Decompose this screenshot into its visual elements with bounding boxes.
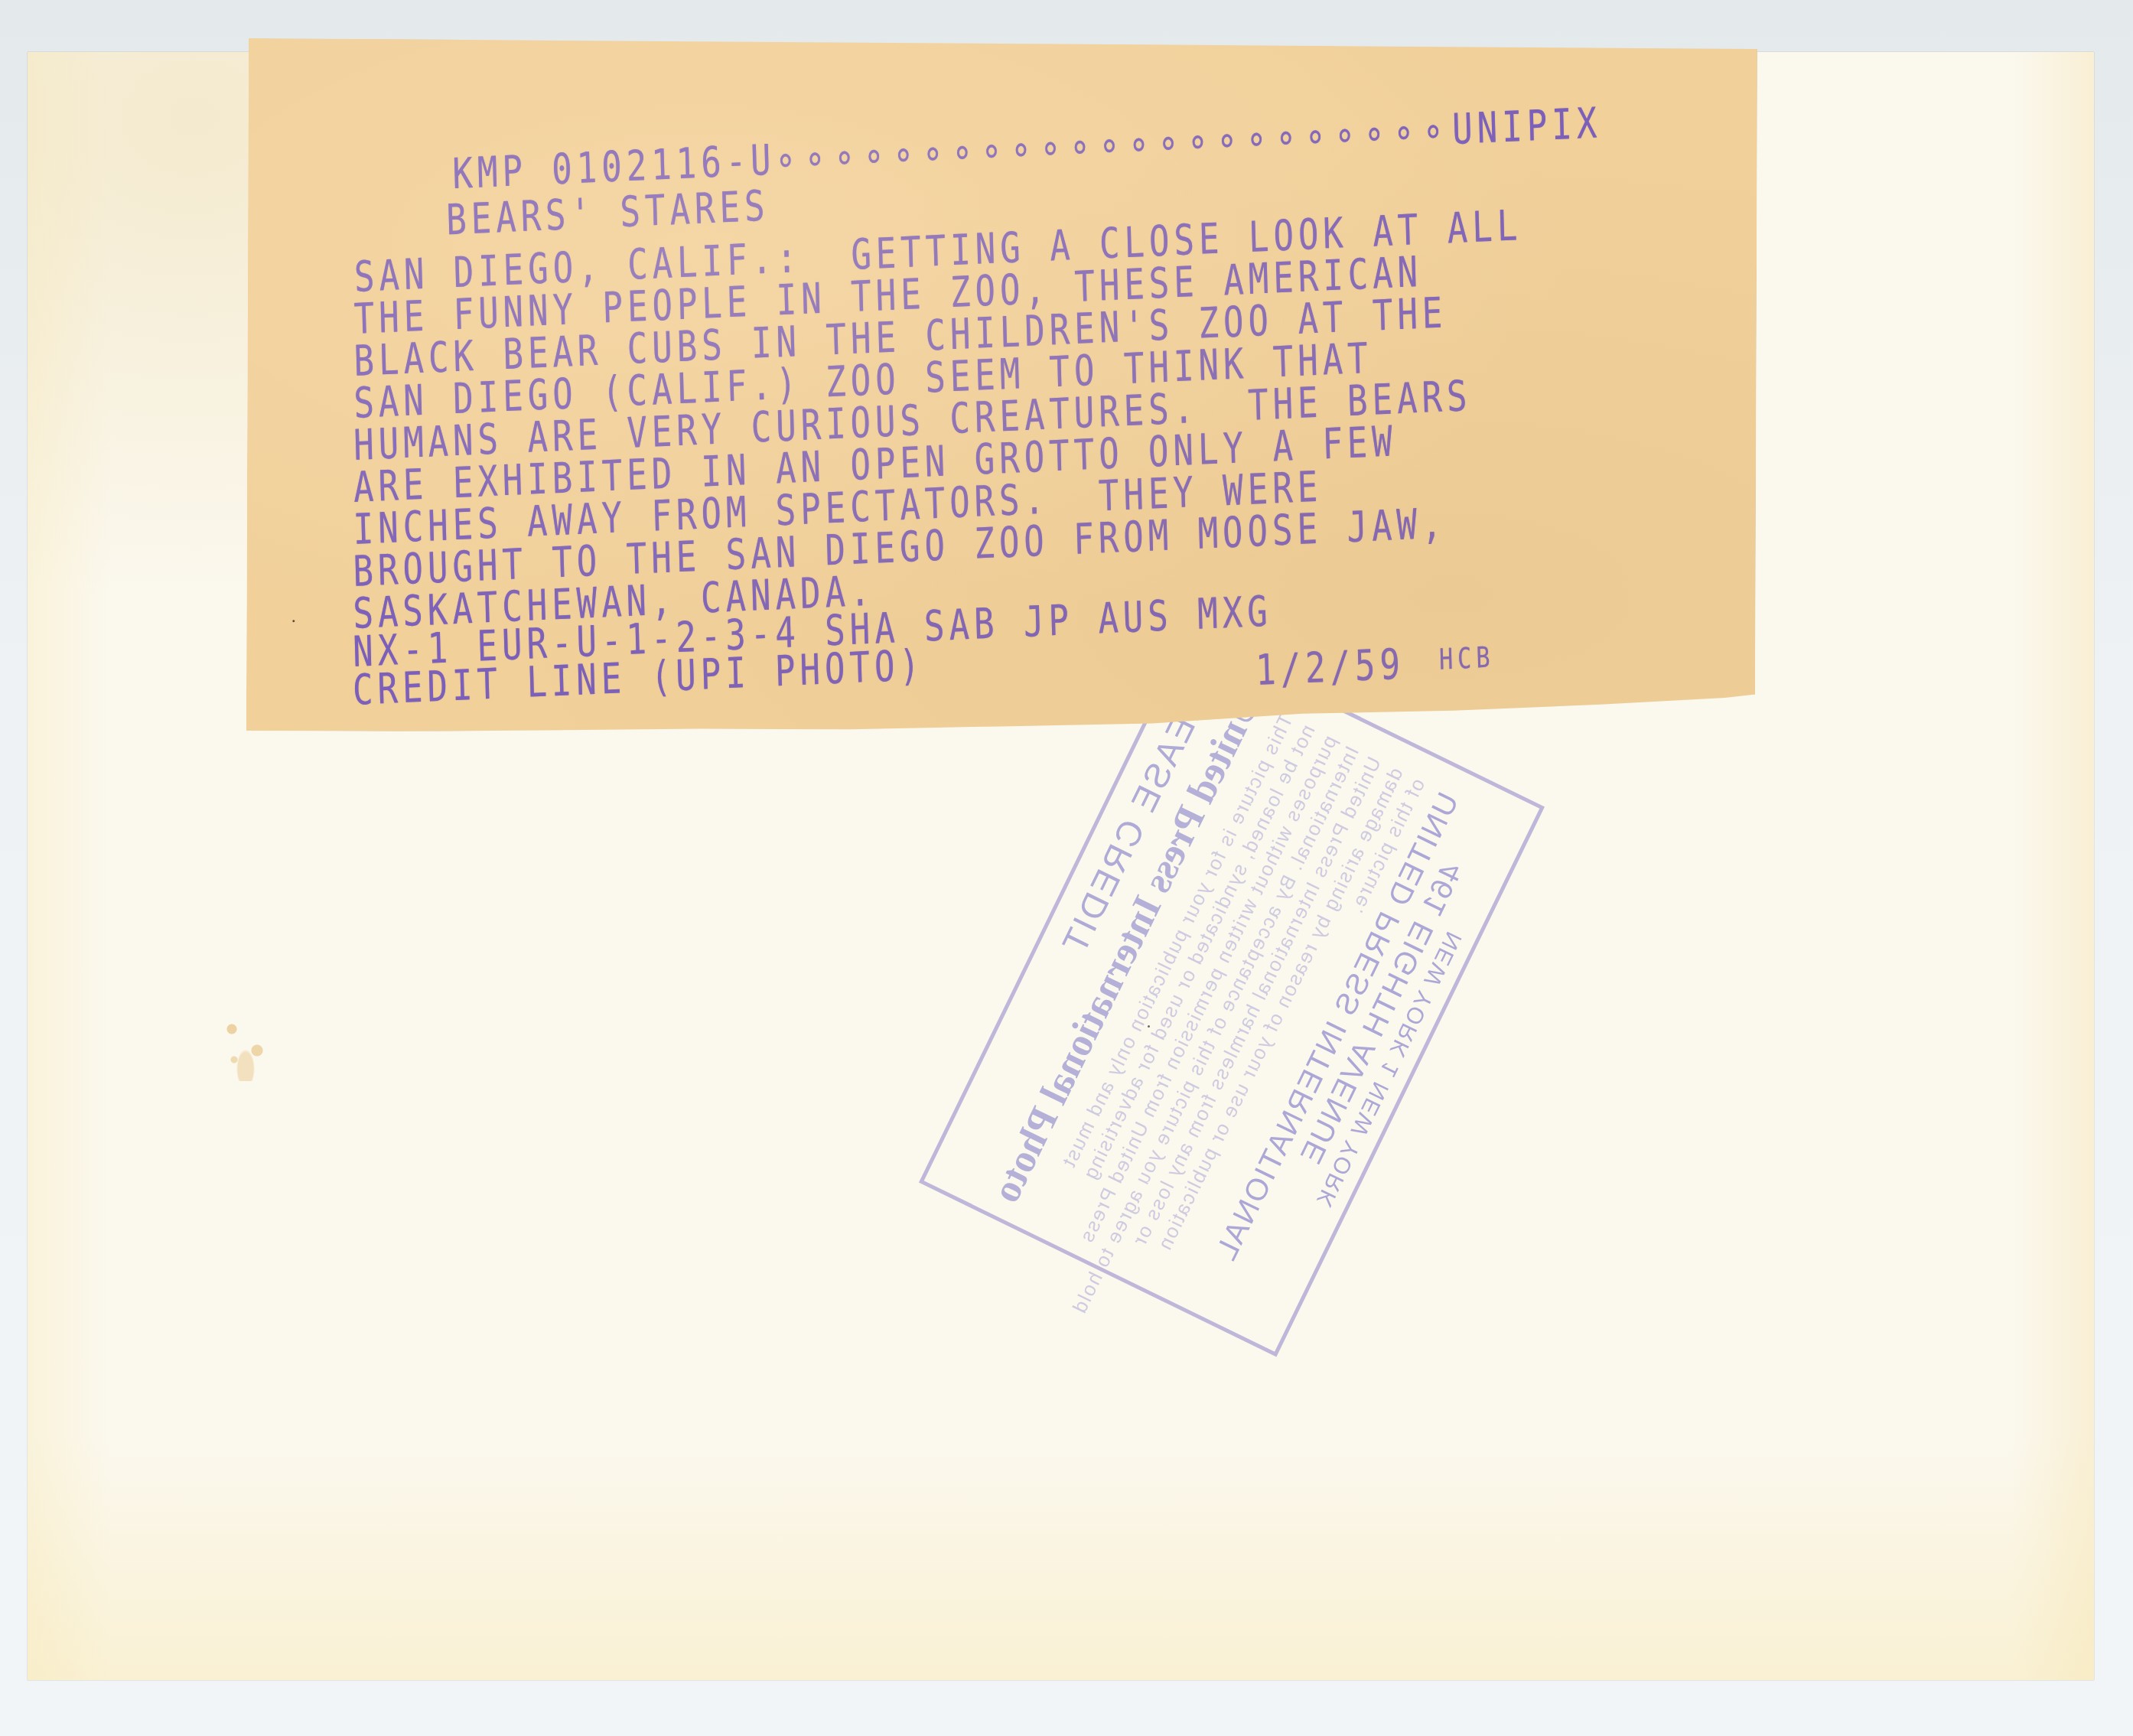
- caption-label: KMP 0102116-U∘∘∘∘∘∘∘∘∘∘∘∘∘∘∘∘∘∘∘∘∘∘∘UNIP…: [246, 38, 1757, 736]
- agency-code: UNIPIX: [1452, 99, 1603, 154]
- operator-initials: HCB: [1438, 635, 1495, 683]
- paper-fleck: [1148, 1025, 1150, 1028]
- caption-date: 1/2/59: [1255, 642, 1405, 695]
- ink-fleck: [292, 620, 295, 622]
- leader-dots: ∘∘∘∘∘∘∘∘∘∘∘∘∘∘∘∘∘∘∘∘∘∘∘: [775, 106, 1454, 184]
- paper-stain: [223, 1020, 269, 1081]
